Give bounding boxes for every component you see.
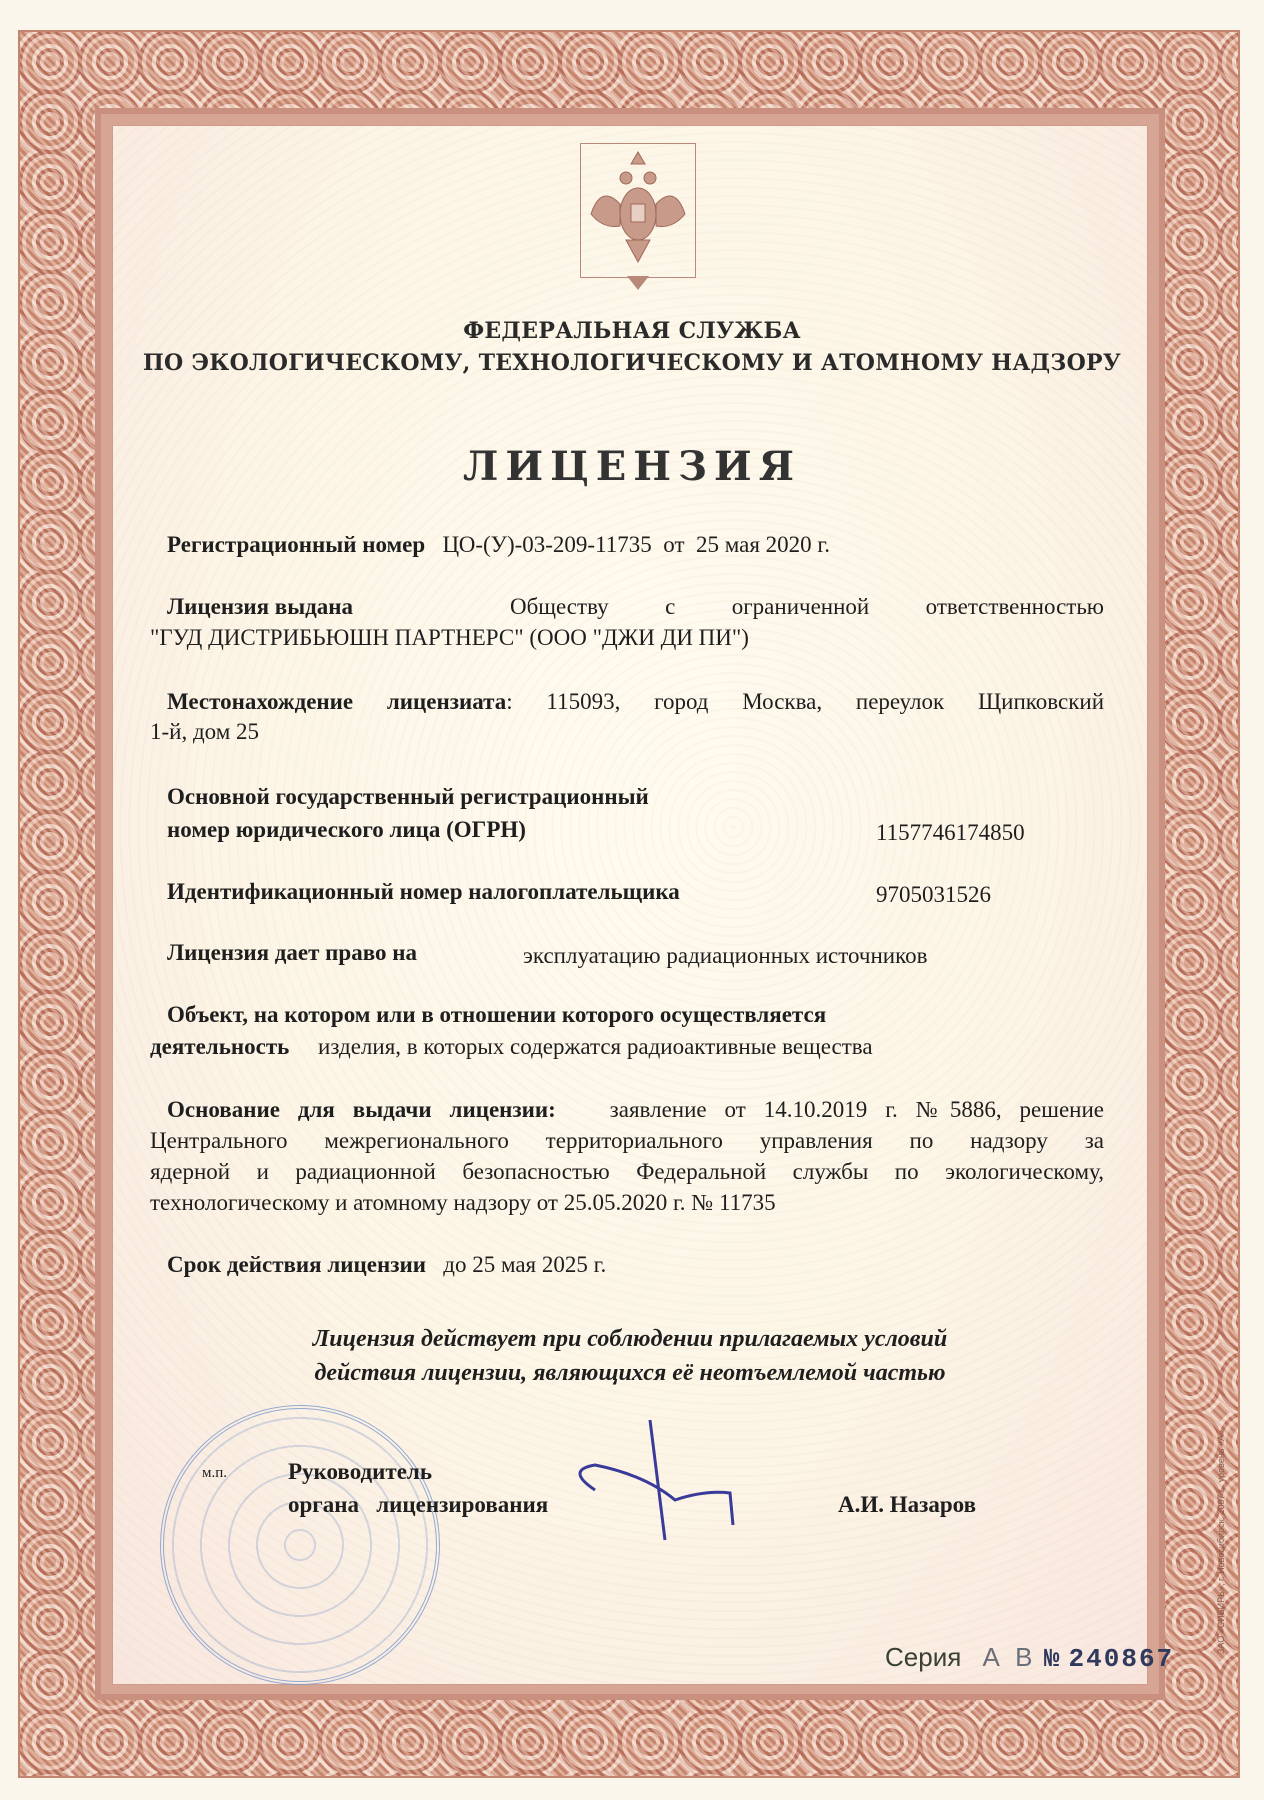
ogrn-value: 1157746174850: [876, 818, 1025, 848]
basis-line4: технологическому и атомному надзору от 2…: [150, 1188, 776, 1218]
agency-name-line1: ФЕДЕРАЛЬНАЯ СЛУЖБА: [0, 318, 1264, 344]
issued-to-line1: Обществу с ограниченной ответственностью: [510, 592, 1104, 622]
registration-from: от: [663, 532, 684, 557]
validity-row: Срок действия лицензии до 25 мая 2025 г.: [167, 1250, 606, 1280]
series-serial: 240867: [1069, 1644, 1175, 1674]
basis-row: Основание для выдачи лицензии: заявление…: [167, 1095, 1104, 1125]
ogrn-label-line1: Основной государственный регистрационный: [167, 782, 649, 812]
emblem-shield-tip: [627, 276, 649, 290]
issued-to-label: Лицензия выдана: [167, 592, 353, 622]
validity-label: Срок действия лицензии: [167, 1252, 426, 1277]
validity-value: до 25 мая 2025 г.: [443, 1252, 606, 1277]
location-label: Местонахождение лицензиата: [167, 689, 506, 714]
series-letters: А В: [983, 1642, 1037, 1672]
object-value: изделия, в которых содержатся радиоактив…: [318, 1034, 873, 1059]
registration-label: Регистрационный номер: [167, 532, 425, 557]
inn-value: 9705031526: [876, 880, 991, 910]
location-line2: 1-й, дом 25: [150, 717, 259, 747]
coat-of-arms-icon: [580, 143, 696, 278]
conditions-note-line2: действия лицензии, являющихся её неотъем…: [200, 1356, 1060, 1390]
object-row: деятельность изделия, в которых содержат…: [150, 1032, 873, 1062]
conditions-note-line1: Лицензия действует при соблюдении прилаг…: [200, 1322, 1060, 1356]
right-label: Лицензия дает право на: [167, 938, 417, 968]
handwritten-signature: [555, 1415, 775, 1545]
registration-date: 25 мая 2020 г.: [696, 532, 830, 557]
signatory-role-line1: Руководитель: [288, 1457, 432, 1487]
basis-line1: заявление от 14.10.2019 г. №5886, решени…: [610, 1097, 1104, 1122]
object-label-line1: Объект, на котором или в отношении котор…: [167, 1000, 826, 1030]
basis-line3: ядерной и радиационной безопасностью Фед…: [150, 1157, 1104, 1187]
series-number: Серия А В № 240867: [885, 1642, 1174, 1674]
location-row: Местонахождение лицензиата: 115093, горо…: [167, 687, 1104, 717]
issued-to-line2: "ГУД ДИСТРИБЬЮШН ПАРТНЕРС" (ООО "ДЖИ ДИ …: [150, 623, 749, 653]
printer-imprint: ЗАО «СИБИРЬ», г. Новосибирск, 2007 г., у…: [1216, 1430, 1226, 1654]
series-label: Серия: [885, 1642, 961, 1672]
license-document: ФЕДЕРАЛЬНАЯ СЛУЖБА ПО ЭКОЛОГИЧЕСКОМУ, ТЕ…: [0, 0, 1264, 1800]
basis-line2: Центрального межрегионального территориа…: [150, 1126, 1104, 1156]
series-no-sign: №: [1044, 1644, 1062, 1674]
inn-label: Идентификационный номер налогоплательщик…: [167, 877, 680, 907]
ogrn-label-line2: номер юридического лица (ОГРН): [167, 815, 526, 845]
agency-name-line2: ПО ЭКОЛОГИЧЕСКОМУ, ТЕХНОЛОГИЧЕСКОМУ И АТ…: [0, 350, 1264, 376]
signatory-name: А.И. Назаров: [838, 1490, 976, 1520]
object-label-line2: деятельность: [150, 1034, 289, 1059]
seal-place-label: м.п.: [202, 1465, 227, 1482]
document-title: ЛИЦЕНЗИЯ: [0, 443, 1264, 490]
registration-number: ЦО-(У)-03-209-11735: [442, 532, 651, 557]
location-line1: : 115093, город Москва, переулок Щипковс…: [506, 689, 1104, 714]
registration-row: Регистрационный номер ЦО-(У)-03-209-1173…: [167, 530, 830, 560]
basis-label: Основание для выдачи лицензии:: [167, 1097, 556, 1122]
signatory-role-line2: органа лицензирования: [288, 1490, 548, 1520]
right-value: эксплуатацию радиационных источников: [523, 941, 927, 971]
official-seal-stamp: [160, 1405, 440, 1685]
